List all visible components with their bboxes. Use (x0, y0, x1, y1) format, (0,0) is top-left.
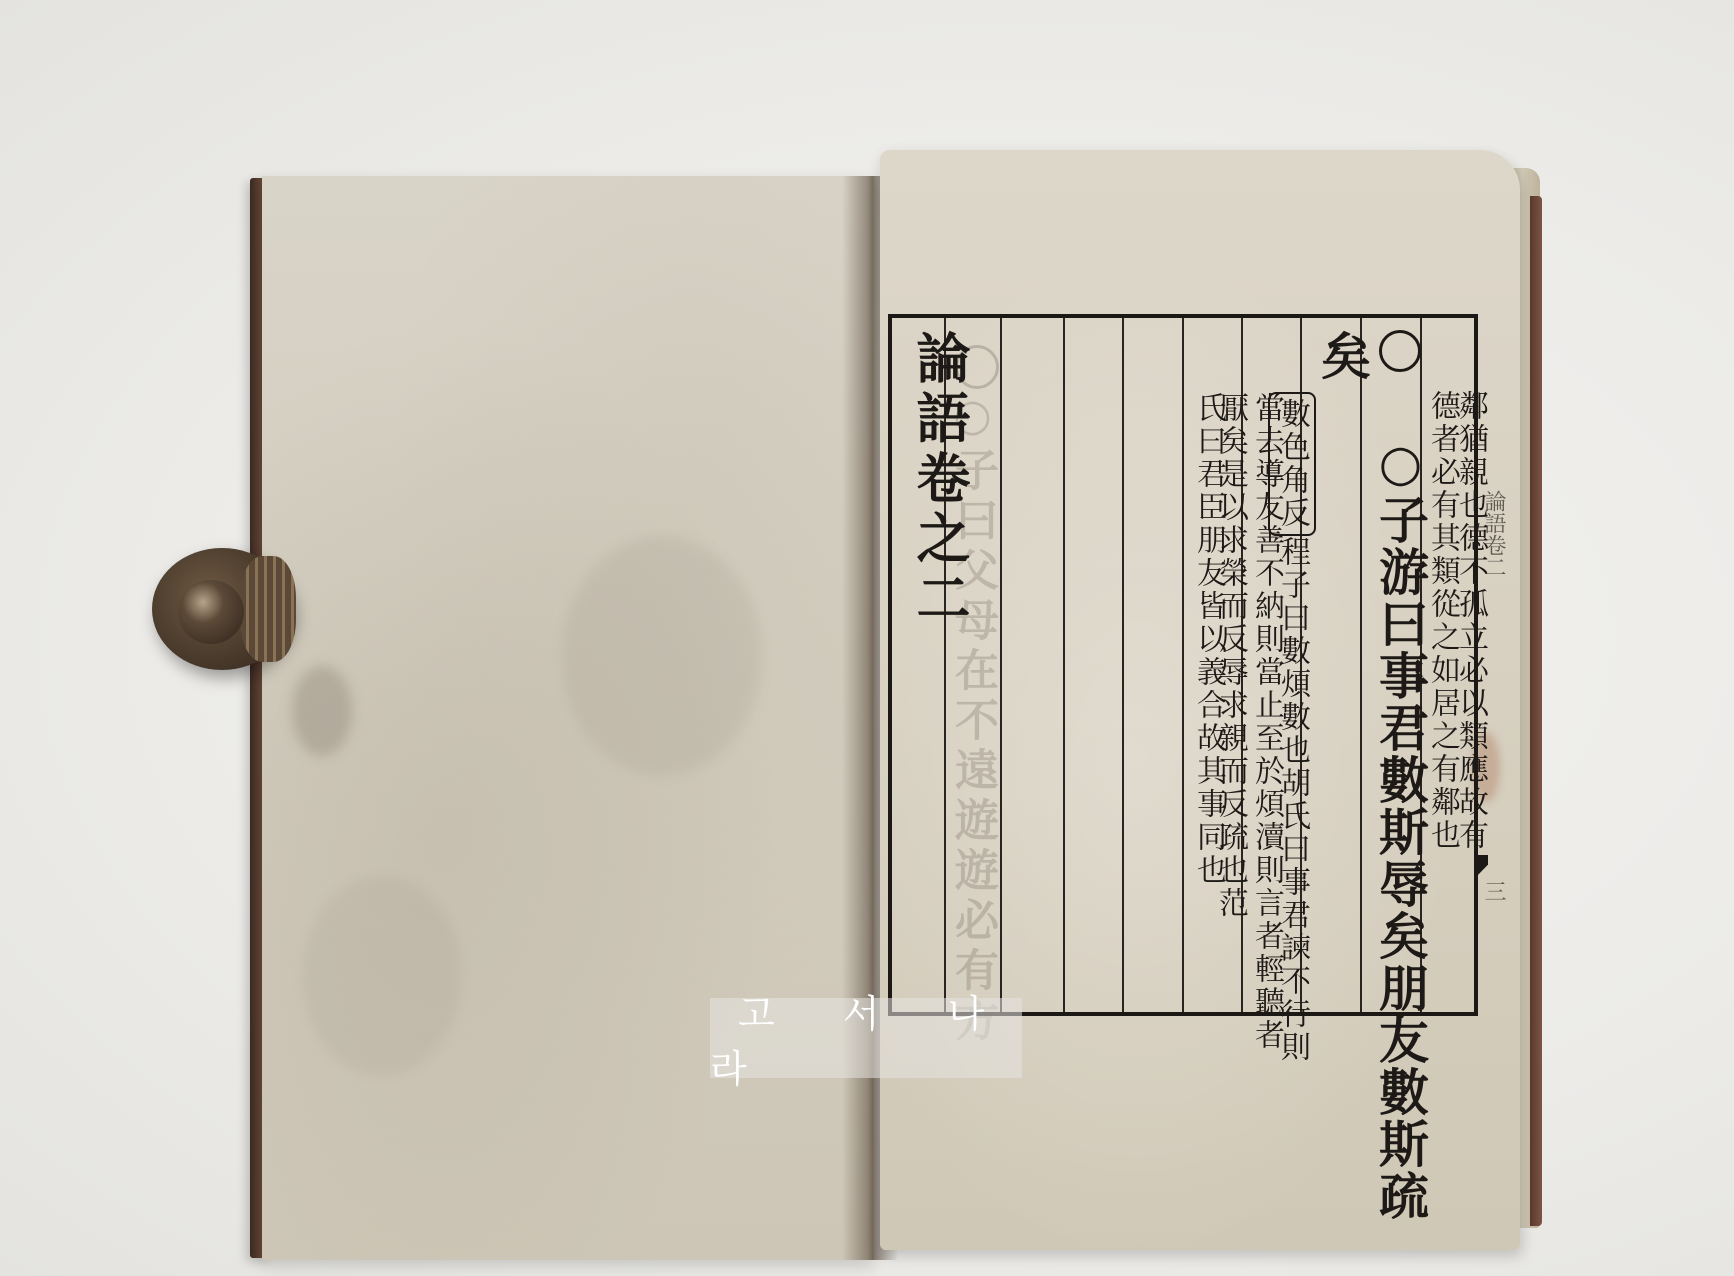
volume-title: 論語卷之二 (902, 330, 979, 630)
page-stain (562, 536, 762, 776)
column-rule (1122, 318, 1124, 1012)
fore-edge-page-number: 三 (1478, 880, 1509, 902)
brass-clasp-knob (178, 580, 244, 644)
column-rule (1182, 318, 1184, 1012)
watermark: 고 서 나 라 (710, 998, 1022, 1078)
brass-clasp-rings (240, 556, 296, 662)
column-rule (1063, 318, 1065, 1012)
main-text-tail: 矣 (1306, 330, 1378, 382)
fore-edge-label: 論語卷二 (1478, 490, 1509, 578)
column-rule (1360, 318, 1362, 1012)
circle-section-mark (1379, 330, 1421, 372)
back-cover-edge (1530, 196, 1542, 1226)
column-rule (1000, 318, 1002, 1012)
commentary-column: 氏曰君臣朋友皆以義合故其事同也 (1186, 392, 1230, 887)
left-blank-page (262, 176, 874, 1260)
page-stain (302, 876, 462, 1076)
page-stain (292, 666, 352, 756)
previous-commentary-column: 德者必有其類從之如居之有鄰也 (1420, 390, 1464, 852)
book-photo: ○子曰父母在不遠遊遊必有方 論語卷之二 ○子游曰事君數斯辱矣朋友數斯疏 矣 數色… (0, 0, 1734, 1276)
